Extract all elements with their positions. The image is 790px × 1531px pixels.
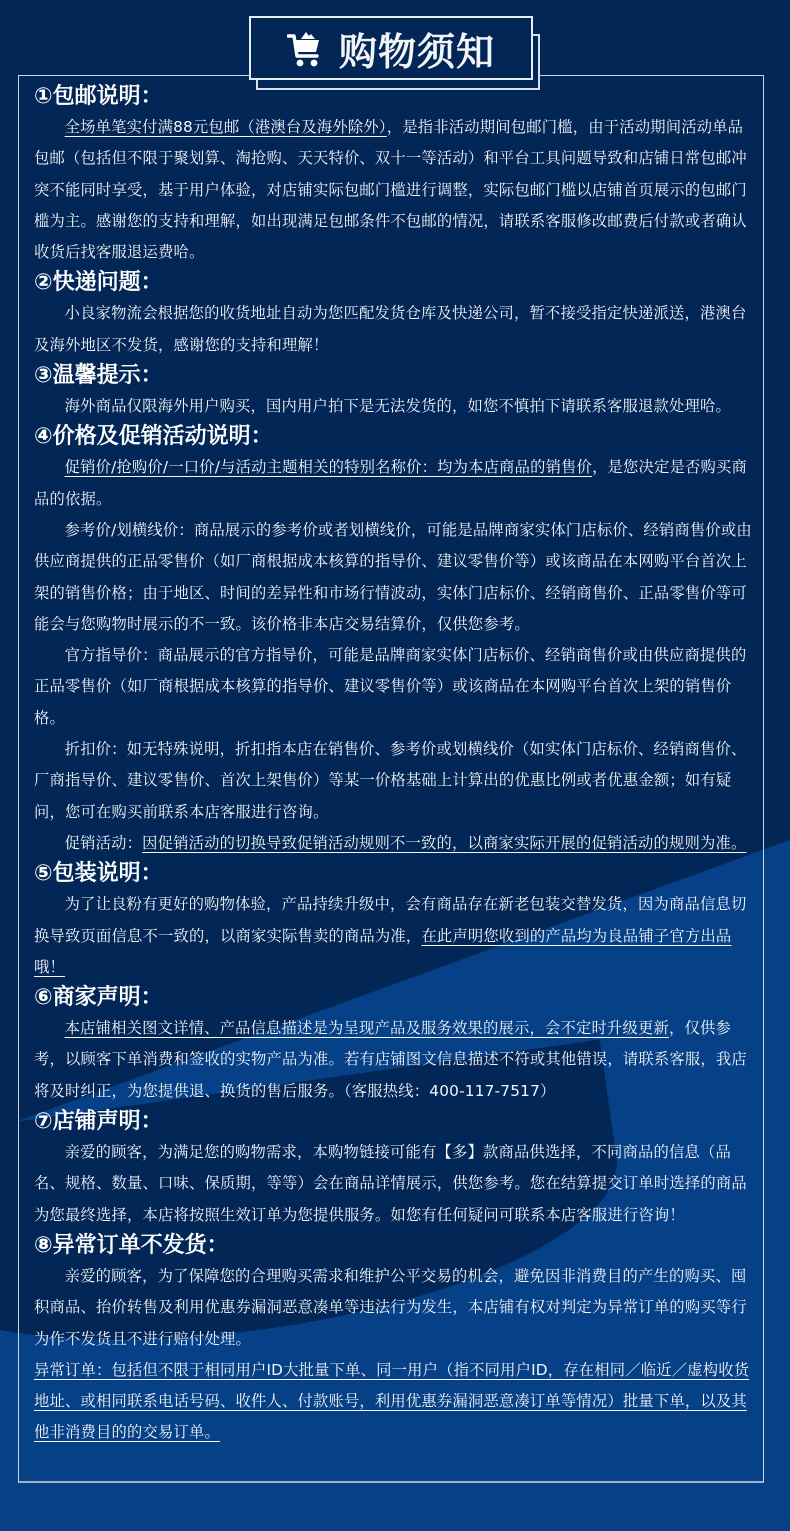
section-tips: ③温馨提示： 海外商品仅限海外用户购买，国内用户拍下是无法发货的，如您不慎拍下请… bbox=[34, 361, 758, 422]
section-paragraph: 参考价/划横线价：商品展示的参考价或者划横线价，可能是品牌商家实体门店标价、经销… bbox=[34, 515, 758, 640]
section-free-shipping: ①包邮说明： 全场单笔实付满88元包邮（港澳台及海外除外），是指非活动期间包邮门… bbox=[34, 82, 758, 268]
section-heading: ⑥商家声明： bbox=[34, 983, 758, 1013]
section-paragraph: 本店铺相关图文详情、产品信息描述是为呈现产品及服务效果的展示，会不定时升级更新，… bbox=[34, 1013, 758, 1107]
page-title-box: 购物须知 bbox=[249, 16, 533, 80]
underlined-text: 本店铺相关图文详情、产品信息描述是为呈现产品及服务效果的展示，会不定时升级更新 bbox=[65, 1019, 669, 1037]
underlined-text: 异常订单：包括但不限于相同用户ID大批量下单、同一用户（指不同用户ID，存在相同… bbox=[34, 1361, 749, 1442]
section-paragraph: 折扣价：如无特殊说明，折扣指本店在销售价、参考价或划横线价（如实体门店标价、经销… bbox=[34, 734, 758, 828]
notice-content: ①包邮说明： 全场单笔实付满88元包邮（港澳台及海外除外），是指非活动期间包邮门… bbox=[34, 82, 758, 1449]
section-merchant-statement: ⑥商家声明： 本店铺相关图文详情、产品信息描述是为呈现产品及服务效果的展示，会不… bbox=[34, 983, 758, 1107]
section-delivery: ②快递问题： 小良家物流会根据您的收货地址自动为您匹配发货仓库及快递公司，暂不接… bbox=[34, 268, 758, 361]
section-heading: ⑦店铺声明： bbox=[34, 1107, 758, 1137]
underlined-text: 因促销活动的切换导致促销活动规则不一致的，以商家实际开展的促销活动的规则为准。 bbox=[142, 834, 746, 852]
section-packaging: ⑤包装说明： 为了让良粉有更好的购物体验，产品持续升级中，会有商品存在新老包装交… bbox=[34, 859, 758, 983]
section-paragraph: 小良家物流会根据您的收货地址自动为您匹配发货仓库及快递公司，暂不接受指定快递派送… bbox=[34, 298, 758, 361]
underlined-text: 全场单笔实付满88元包邮（港澳台及海外除外） bbox=[65, 118, 387, 136]
underlined-text: 促销价/抢购价/一口价/与活动主题相关的特别名称价：均为本店商品的销售价 bbox=[65, 458, 592, 476]
section-pricing: ④价格及促销活动说明： 促销价/抢购价/一口价/与活动主题相关的特别名称价：均为… bbox=[34, 422, 758, 859]
page-title: 购物须知 bbox=[339, 21, 495, 76]
paragraph-text: ，是指非活动期间包邮门槛，由于活动期间活动单品包邮（包括但不限于聚划算、淘抢购、… bbox=[34, 118, 747, 261]
section-heading: ②快递问题： bbox=[34, 268, 758, 298]
section-paragraph: 官方指导价：商品展示的官方指导价，可能是品牌商家实体门店标价、经销商售价或由供应… bbox=[34, 640, 758, 734]
shopping-cart-icon bbox=[287, 28, 321, 68]
section-paragraph: 为了让良粉有更好的购物体验，产品持续升级中，会有商品存在新老包装交替发货，因为商… bbox=[34, 889, 758, 983]
section-heading: ⑧异常订单不发货： bbox=[34, 1231, 758, 1261]
section-store-statement: ⑦店铺声明： 亲爱的顾客，为满足您的购物需求，本购物链接可能有【多】款商品供选择… bbox=[34, 1107, 758, 1231]
section-paragraph: 亲爱的顾客，为满足您的购物需求，本购物链接可能有【多】款商品供选择，不同商品的信… bbox=[34, 1137, 758, 1231]
section-paragraph: 亲爱的顾客，为了保障您的合理购买需求和维护公平交易的机会，避免因非消费目的产生的… bbox=[34, 1261, 758, 1355]
section-heading: ④价格及促销活动说明： bbox=[34, 422, 758, 452]
section-paragraph: 促销价/抢购价/一口价/与活动主题相关的特别名称价：均为本店商品的销售价，是您决… bbox=[34, 452, 758, 515]
section-paragraph: 促销活动：因促销活动的切换导致促销活动规则不一致的，以商家实际开展的促销活动的规… bbox=[34, 828, 758, 859]
section-paragraph: 全场单笔实付满88元包邮（港澳台及海外除外），是指非活动期间包邮门槛，由于活动期… bbox=[34, 112, 758, 268]
section-heading: ⑤包装说明： bbox=[34, 859, 758, 889]
section-heading: ①包邮说明： bbox=[34, 82, 758, 112]
paragraph-prefix: 促销活动： bbox=[65, 834, 143, 852]
section-abnormal-orders: ⑧异常订单不发货： 亲爱的顾客，为了保障您的合理购买需求和维护公平交易的机会，避… bbox=[34, 1231, 758, 1449]
section-paragraph: 海外商品仅限海外用户购买，国内用户拍下是无法发货的，如您不慎拍下请联系客服退款处… bbox=[34, 391, 758, 422]
section-heading: ③温馨提示： bbox=[34, 361, 758, 391]
section-paragraph: 异常订单：包括但不限于相同用户ID大批量下单、同一用户（指不同用户ID，存在相同… bbox=[34, 1355, 758, 1449]
